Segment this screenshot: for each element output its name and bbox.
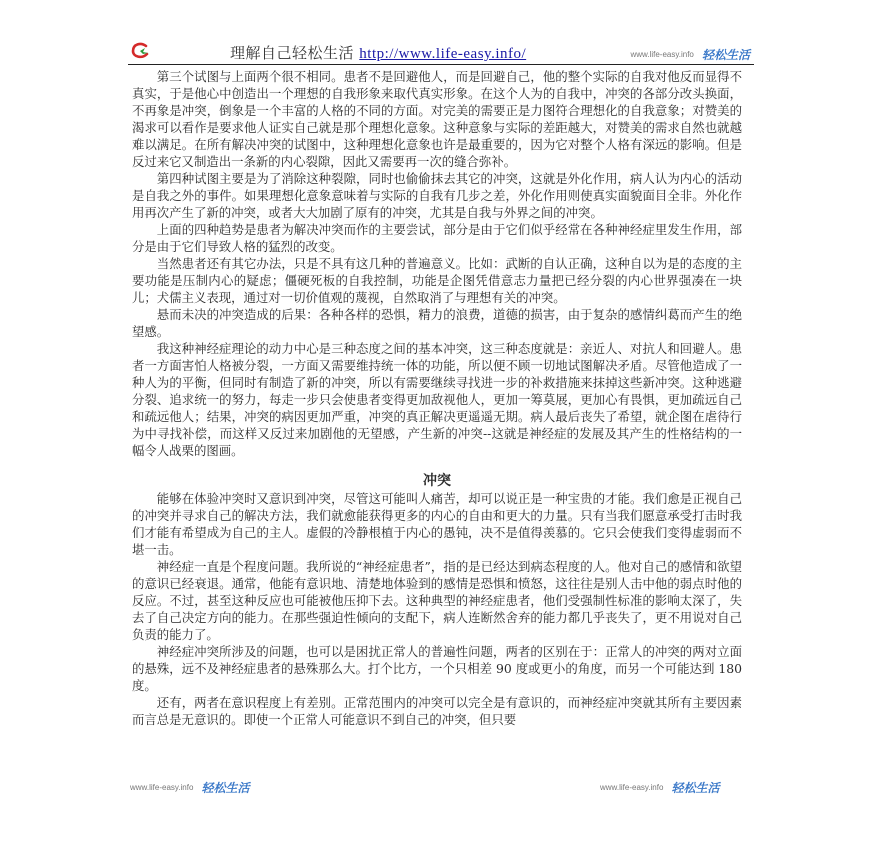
brand-url: www.life-easy.info: [630, 50, 693, 59]
page-header: 理解自己轻松生活 http://www.life-easy.info/ www.…: [128, 40, 758, 64]
site-logo-icon: [130, 42, 152, 60]
document-page: 理解自己轻松生活 http://www.life-easy.info/ www.…: [0, 0, 870, 842]
footer-brand-right: www.life-easy.info 轻松生活: [600, 777, 720, 796]
brand-logo: 轻松生活: [202, 781, 250, 795]
brand-url: www.life-easy.info: [600, 783, 663, 792]
header-brand: www.life-easy.info 轻松生活: [630, 44, 750, 63]
paragraph: 第三个试图与上面两个很不相同。患者不是回避他人，而是回避自己，他的整个实际的自我…: [132, 68, 742, 170]
paragraph: 悬而未决的冲突造成的后果：各种各样的恐惧，精力的浪费，道德的损害，由于复杂的感情…: [132, 306, 742, 340]
paragraph: 我这种神经症理论的动力中心是三种态度之间的基本冲突，这三种态度就是：亲近人、对抗…: [132, 340, 742, 459]
footer-brand-left: www.life-easy.info 轻松生活: [130, 777, 250, 796]
paragraph: 当然患者还有其它办法，只是不具有这几种的普遍意义。比如：武断的自认正确，这种自以…: [132, 255, 742, 306]
document-body: 第三个试图与上面两个很不相同。患者不是回避他人，而是回避自己，他的整个实际的自我…: [132, 68, 742, 728]
section-heading: 冲突: [132, 472, 742, 490]
header-divider: [128, 64, 754, 65]
site-url-link[interactable]: http://www.life-easy.info/: [359, 46, 526, 62]
paragraph: 能够在体验冲突时又意识到冲突，尽管这可能叫人痛苦，却可以说正是一种宝贵的才能。我…: [132, 490, 742, 558]
paragraph: 神经症一直是个程度问题。我所说的“神经症患者”，指的是已经达到病态程度的人。他对…: [132, 558, 742, 643]
paragraph: 上面的四种趋势是患者为解决冲突而作的主要尝试，部分是由于它们似乎经常在各种神经症…: [132, 221, 742, 255]
paragraph: 第四种试图主要是为了消除这种裂隙，同时也偷偷抹去其它的冲突，这就是外化作用，病人…: [132, 170, 742, 221]
paragraph: 还有，两者在意识程度上有差别。正常范围内的冲突可以完全是有意识的，而神经症冲突就…: [132, 694, 742, 728]
brand-logo: 轻松生活: [702, 48, 750, 62]
paragraph: 神经症冲突所涉及的问题，也可以是困扰正常人的普遍性问题，两者的区别在于：正常人的…: [132, 643, 742, 694]
brand-logo: 轻松生活: [672, 781, 720, 795]
brand-url: www.life-easy.info: [130, 783, 193, 792]
header-title: 理解自己轻松生活 http://www.life-easy.info/: [230, 42, 526, 63]
header-title-text: 理解自己轻松生活: [230, 44, 354, 62]
